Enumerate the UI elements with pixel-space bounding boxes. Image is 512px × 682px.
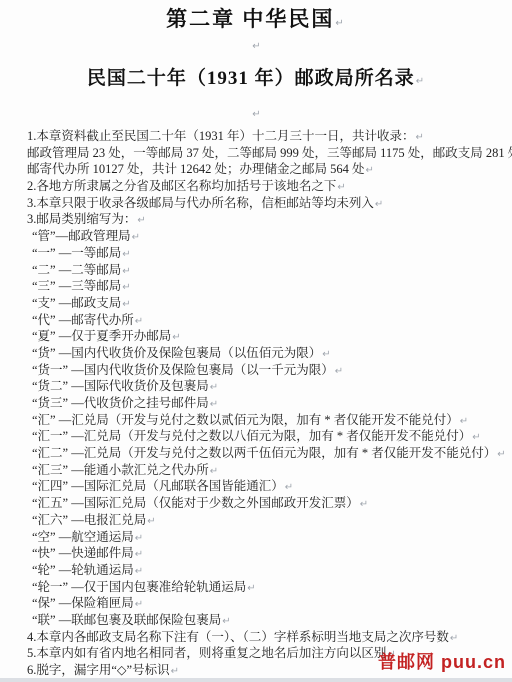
text-line: “夏” —仅于夏季开办邮局↵ bbox=[27, 328, 506, 345]
paragraph-mark-icon: ↵ bbox=[472, 432, 480, 443]
text-line-content: 邮政管理局 23 处，一等邮局 37 处，二等邮局 999 处，三等邮局 117… bbox=[27, 146, 512, 160]
text-line-content: 1.本章资料截止至民国二十年（1931 年）十二月三十一日，共计收录： bbox=[27, 129, 415, 143]
paragraph-mark-icon: ↵ bbox=[135, 533, 143, 544]
paragraph-mark-icon: ↵ bbox=[210, 399, 218, 410]
paragraph-mark-icon: ↵ bbox=[322, 349, 330, 360]
paragraph-mark-icon: ↵ bbox=[171, 666, 179, 677]
text-line: “轮” —轮轨通运局↵ bbox=[27, 562, 506, 579]
text-line-content: “货一” —国内代收货价及保险包裹局（以一千元为限） bbox=[32, 363, 334, 377]
subtitle-text: 民国二十年（1931 年）邮政局所名录 bbox=[87, 68, 415, 89]
paragraph-mark-icon: ↵ bbox=[416, 76, 425, 87]
text-line: “管”—邮政管理局↵ bbox=[27, 228, 506, 245]
text-line-content: 3.本章只限于收录各级邮局与代办所名称，信柜邮站等均未列入 bbox=[27, 196, 374, 210]
text-line-content: 邮寄代办所 10127 处，共计 12642 处；办理储金之邮局 564 处 bbox=[27, 162, 365, 176]
paragraph-mark-icon: ↵ bbox=[375, 199, 383, 210]
text-line-content: “保” —保险箱匣局 bbox=[32, 596, 134, 610]
paragraph-mark-icon: ↵ bbox=[122, 282, 130, 293]
text-line-content: “汇二” —汇兑局（开发与兑付之数以两千伍佰元为限，加有 * 者仅能开发不能兑付… bbox=[32, 446, 496, 460]
empty-line: ↵ bbox=[0, 104, 512, 118]
text-line-content: “汇五” —国际汇兑局（仅能对于少数之外国邮政开发汇票） bbox=[32, 496, 359, 510]
text-line: “轮一” —仅于国内包裹准给轮轨通运局↵ bbox=[27, 579, 506, 596]
text-line-content: “货” —国内代收货价及保险包裹局（以伍佰元为限） bbox=[32, 346, 321, 360]
subtitle: 民国二十年（1931 年）邮政局所名录↵ bbox=[0, 63, 512, 90]
text-line: 4.本章内各邮政支局名称下注有（一）、（二）字样系标明当地支局之次序号数↵ bbox=[27, 629, 506, 646]
empty-line: ↵ bbox=[0, 36, 512, 50]
text-line-content: “轮” —轮轨通运局 bbox=[32, 563, 134, 577]
text-line-content: “夏” —仅于夏季开办邮局 bbox=[32, 329, 171, 343]
text-line-content: “轮一” —仅于国内包裹准给轮轨通运局 bbox=[32, 580, 246, 594]
paragraph-mark-icon: ↵ bbox=[122, 249, 130, 260]
body-lines: 1.本章资料截止至民国二十年（1931 年）十二月三十一日，共计收录：↵邮政管理… bbox=[27, 128, 506, 679]
text-line: 邮寄代办所 10127 处，共计 12642 处；办理储金之邮局 564 处↵ bbox=[27, 161, 506, 178]
text-line-content: “货二” —国际代收货价及包裹局 bbox=[32, 379, 209, 393]
paragraph-mark-icon: ↵ bbox=[122, 266, 130, 277]
paragraph-mark-icon: ↵ bbox=[132, 232, 140, 243]
text-line-content: “联” —联邮包裹及联邮保险包裹局 bbox=[32, 613, 221, 627]
paragraph-mark-icon: ↵ bbox=[460, 416, 468, 427]
text-line-content: “管”—邮政管理局 bbox=[32, 229, 131, 243]
text-line: “货三” —代收货价之挂号邮件局↵ bbox=[27, 395, 506, 412]
chapter-title: 第二章 中华民国↵ bbox=[0, 3, 512, 33]
text-line: “支” —邮政支局↵ bbox=[27, 295, 506, 312]
text-line-content: “空” —航空通运局 bbox=[32, 530, 134, 544]
paragraph-mark-icon: ↵ bbox=[252, 41, 260, 52]
paragraph-mark-icon: ↵ bbox=[335, 366, 343, 377]
page-bottom-edge bbox=[0, 678, 512, 682]
text-line: 邮政管理局 23 处，一等邮局 37 处，二等邮局 999 处，三等邮局 117… bbox=[27, 145, 506, 162]
text-line-content: “汇” —汇兑局（开发与兑付之数以贰佰元为限，加有 * 者仅能开发不能兑付） bbox=[32, 413, 459, 427]
text-line: “货一” —国内代收货价及保险包裹局（以一千元为限）↵ bbox=[27, 362, 506, 379]
text-line-content: “货三” —代收货价之挂号邮件局 bbox=[32, 396, 209, 410]
text-line: “快” —快递邮件局↵ bbox=[27, 545, 506, 562]
text-line: “三” —三等邮局↵ bbox=[27, 278, 506, 295]
text-line: “汇三” —能通小款汇兑之代办所↵ bbox=[27, 462, 506, 479]
text-line: “汇二” —汇兑局（开发与兑付之数以两千伍佰元为限，加有 * 者仅能开发不能兑付… bbox=[27, 445, 506, 462]
paragraph-mark-icon: ↵ bbox=[210, 466, 218, 477]
text-line: 3.本章只限于收录各级邮局与代办所名称，信柜邮站等均未列入↵ bbox=[27, 195, 506, 212]
text-line-content: “汇三” —能通小款汇兑之代办所 bbox=[32, 463, 209, 477]
paragraph-mark-icon: ↵ bbox=[135, 599, 143, 610]
paragraph-mark-icon: ↵ bbox=[366, 165, 374, 176]
text-line: “一” —一等邮局↵ bbox=[27, 245, 506, 262]
text-line-content: 6.脱字，漏字用“◇”号标识 bbox=[27, 663, 170, 677]
text-line-content: 4.本章内各邮政支局名称下注有（一）、（二）字样系标明当地支局之次序号数 bbox=[27, 630, 449, 644]
text-line: “汇四” —国际汇兑局（凡邮联各国皆能通汇）↵ bbox=[27, 478, 506, 495]
paragraph-mark-icon: ↵ bbox=[285, 482, 293, 493]
text-line: “汇一” —汇兑局（开发与兑付之数以八佰元为限，加有 * 者仅能开发不能兑付）↵ bbox=[27, 428, 506, 445]
text-line: “货二” —国际代收货价及包裹局↵ bbox=[27, 378, 506, 395]
text-line-content: “汇六” —电报汇兑局 bbox=[32, 513, 146, 527]
text-line-content: “一” —一等邮局 bbox=[32, 246, 121, 260]
text-line: “空” —航空通运局↵ bbox=[27, 529, 506, 546]
text-line-content: “代” —邮寄代办所 bbox=[32, 313, 134, 327]
text-line: “货” —国内代收货价及保险包裹局（以伍佰元为限）↵ bbox=[27, 345, 506, 362]
paragraph-mark-icon: ↵ bbox=[122, 299, 130, 310]
paragraph-mark-icon: ↵ bbox=[497, 449, 505, 460]
text-line: 2.各地方所隶属之分省及邮区名称均加括号于该地名之下↵ bbox=[27, 178, 506, 195]
paragraph-mark-icon: ↵ bbox=[135, 316, 143, 327]
text-line: 1.本章资料截止至民国二十年（1931 年）十二月三十一日，共计收录：↵ bbox=[27, 128, 506, 145]
chapter-title-text: 第二章 中华民国 bbox=[166, 7, 334, 31]
text-line-content: “二” —二等邮局 bbox=[32, 263, 121, 277]
text-line-content: “三” —三等邮局 bbox=[32, 279, 121, 293]
paragraph-mark-icon: ↵ bbox=[210, 382, 218, 393]
paragraph-mark-icon: ↵ bbox=[247, 583, 255, 594]
document-page: 第二章 中华民国↵ ↵ 民国二十年（1931 年）邮政局所名录↵ ↵ 1.本章资… bbox=[0, 0, 512, 682]
text-line: “代” —邮寄代办所↵ bbox=[27, 312, 506, 329]
text-line-content: 3.邮局类别缩写为： bbox=[27, 212, 136, 226]
text-line: “汇” —汇兑局（开发与兑付之数以贰佰元为限，加有 * 者仅能开发不能兑付）↵ bbox=[27, 412, 506, 429]
text-line-content: “汇四” —国际汇兑局（凡邮联各国皆能通汇） bbox=[32, 479, 284, 493]
text-line: 3.邮局类别缩写为：↵ bbox=[27, 211, 506, 228]
paragraph-mark-icon: ↵ bbox=[416, 132, 424, 143]
paragraph-mark-icon: ↵ bbox=[335, 18, 345, 29]
paragraph-mark-icon: ↵ bbox=[222, 616, 230, 627]
text-line-content: 2.各地方所隶属之分省及邮区名称均加括号于该地名之下 bbox=[27, 179, 336, 193]
text-line-content: “汇一” —汇兑局（开发与兑付之数以八佰元为限，加有 * 者仅能开发不能兑付） bbox=[32, 429, 471, 443]
text-line: “汇五” —国际汇兑局（仅能对于少数之外国邮政开发汇票）↵ bbox=[27, 495, 506, 512]
paragraph-mark-icon: ↵ bbox=[135, 566, 143, 577]
paragraph-mark-icon: ↵ bbox=[137, 215, 145, 226]
text-line: “二” —二等邮局↵ bbox=[27, 262, 506, 279]
text-line: “保” —保险箱匣局↵ bbox=[27, 595, 506, 612]
paragraph-mark-icon: ↵ bbox=[135, 549, 143, 560]
text-line-content: “支” —邮政支局 bbox=[32, 296, 121, 310]
paragraph-mark-icon: ↵ bbox=[450, 633, 458, 644]
text-line: “汇六” —电报汇兑局↵ bbox=[27, 512, 506, 529]
text-line: “联” —联邮包裹及联邮保险包裹局↵ bbox=[27, 612, 506, 629]
paragraph-mark-icon: ↵ bbox=[360, 499, 368, 510]
watermark: 普邮网 puu.cn bbox=[378, 648, 506, 674]
paragraph-mark-icon: ↵ bbox=[337, 182, 345, 193]
text-line-content: 5.本章内如有省内地名相同者，则将重复之地名后加注方向以区别 bbox=[27, 646, 386, 660]
paragraph-mark-icon: ↵ bbox=[172, 332, 180, 343]
paragraph-mark-icon: ↵ bbox=[252, 109, 260, 120]
text-line-content: “快” —快递邮件局 bbox=[32, 546, 134, 560]
paragraph-mark-icon: ↵ bbox=[147, 516, 155, 527]
